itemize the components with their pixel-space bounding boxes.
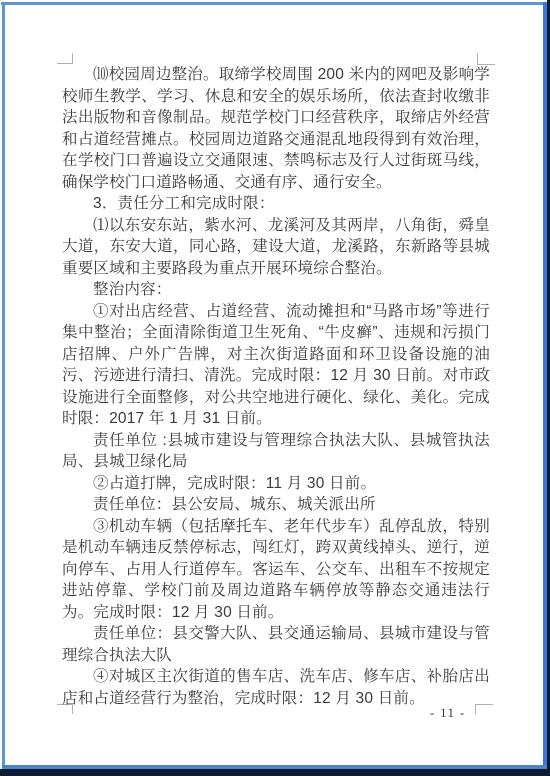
paragraph-item-3-vehicle-parking: ③机动车辆（包括摩托车、老年代步车）乱停乱放，特别是机动车辆违反禁停标志，闯红灯… [62, 516, 490, 624]
paragraph-item-1-street-cleanup: ①对出店经营、占道经营、流动摊担和“马路市场”等进行集中整治；全面清除街道卫生死… [62, 301, 490, 430]
page-body-text: ⑽校园周边整治。取缔学校周围 200 米内的网吧及影响学校师生教学、学习、休息和… [62, 64, 490, 709]
window-border-bottom [2, 765, 547, 769]
window-border-bottom-dark [0, 769, 550, 776]
paragraph-item-2-street-card-playing: ②占道打牌，完成时限：11 月 30 日前。 [62, 473, 490, 495]
paragraph-heading-renovation-content: 整治内容： [62, 279, 490, 301]
paragraph-campus-surroundings: ⑽校园周边整治。取缔学校周围 200 米内的网吧及影响学校师生教学、学习、休息和… [62, 64, 490, 193]
paragraph-responsible-units-3: 责任单位：县交警大队、县交通运输局、县城市建设与管理综合执法大队 [62, 623, 490, 666]
paragraph-item-4-car-shops: ④对城区主次街道的售车店、洗车店、修车店、补胎店出店和占道经营行为整治，完成时限… [62, 666, 490, 709]
paragraph-key-areas: ⑴以东安东站，紫水河、龙溪河及其两岸，八角街，舜皇大道，东安大道，同心路，建设大… [62, 215, 490, 280]
document-page: { "doc": { "paragraphs": [ "⑽校园周边整治。取缔学校… [0, 0, 550, 776]
page-number: - 11 - [430, 706, 466, 721]
paragraph-heading-division-of-duties: 3．责任分工和完成时限： [62, 193, 490, 215]
window-border-left [2, 2, 5, 766]
window-border-right [543, 2, 547, 769]
window-border-top [1, 2, 546, 5]
margin-mark-top-left [57, 53, 73, 64]
paragraph-responsible-units-2: 责任单位：县公安局、城东、城关派出所 [62, 494, 490, 516]
paragraph-responsible-units-1: 责任单位 :县城市建设与管理综合执法大队、县城管执法局、县城卫绿化局 [62, 430, 490, 473]
